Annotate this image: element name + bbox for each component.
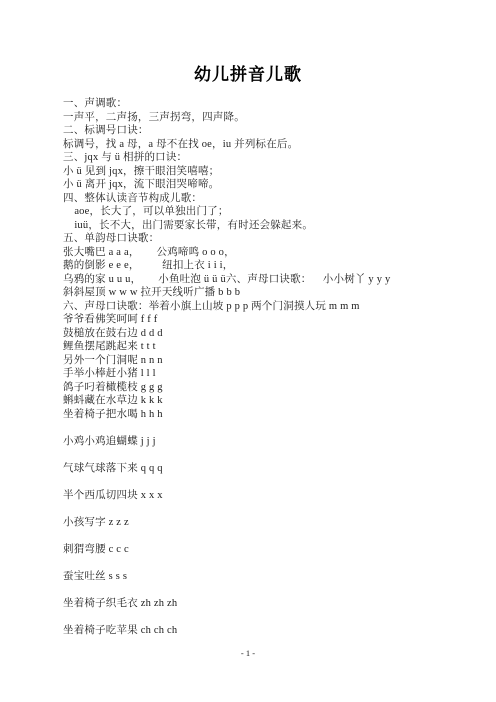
document-line: 四、整体认读音节构成儿歌： — [63, 192, 440, 206]
document-line: 三、jqx 与 ü 相拼的口诀： — [63, 151, 440, 165]
blank-line — [63, 448, 440, 462]
document-line: 小 ü 离开 jqx，流下眼泪哭啼啼。 — [63, 178, 440, 192]
document-line: 鲤鱼摆尾跳起来 t t t — [63, 340, 440, 354]
document-line: 一、声调歌： — [63, 97, 440, 111]
document-line: 气球气球落下来 q q q — [63, 462, 440, 476]
document-line: 小 ü 见到 jqx，擦干眼泪笑嘻嘻； — [63, 165, 440, 179]
document-line: 斜斜屋顶 w w w 拉开天线听广播 b b b — [63, 286, 440, 300]
document-line: 一声平，二声扬，三声拐弯，四声降。 — [63, 111, 440, 125]
document-line: 乌鸦的家 u u u， 小鱼吐泡 ü ü ü六、声母口诀歌： 小小树丫 y y … — [63, 273, 440, 287]
document-page: 幼儿拼音儿歌 一、声调歌：一声平，二声扬，三声拐弯，四声降。二、标调号口诀：标调… — [0, 0, 496, 702]
document-line: 标调号，找 a 母，a 母不在找 oe，iu 并列标在后。 — [63, 138, 440, 152]
document-line: 蝌蚪藏在水草边 k k k — [63, 394, 440, 408]
document-line: 鹅的倒影 e e e， 纽扣上衣 i i i， — [63, 259, 440, 273]
document-line: 小鸡小鸡追蝴蝶 j j j — [63, 435, 440, 449]
blank-line — [63, 502, 440, 516]
blank-line — [63, 583, 440, 597]
document-line: 小孩写字 z z z — [63, 516, 440, 530]
blank-line — [63, 556, 440, 570]
document-line: 手举小棒赶小猪 l l l — [63, 367, 440, 381]
document-body: 一、声调歌：一声平，二声扬，三声拐弯，四声降。二、标调号口诀：标调号，找 a 母… — [63, 97, 440, 637]
blank-line — [63, 475, 440, 489]
document-line: 坐着椅子织毛衣 zh zh zh — [63, 597, 440, 611]
document-line: 五、单韵母口诀歌： — [63, 232, 440, 246]
document-line: 鸽子叼着橄榄枝 g g g — [63, 381, 440, 395]
page-title: 幼儿拼音儿歌 — [0, 60, 496, 85]
document-line: 蚕宝吐丝 s s s — [63, 570, 440, 584]
blank-line — [63, 610, 440, 624]
blank-line — [63, 421, 440, 435]
document-line: 半个西瓜切四块 x x x — [63, 489, 440, 503]
document-line: iuü，长不大，出门需要家长带，有时还会躲起来。 — [63, 219, 440, 233]
document-line: 六、声母口诀歌：举着小旗上山坡 p p p 两个门洞摸人玩 m m m — [63, 300, 440, 314]
document-line: 鼓槌放在鼓右边 d d d — [63, 327, 440, 341]
blank-line — [63, 529, 440, 543]
document-line: 二、标调号口诀： — [63, 124, 440, 138]
document-line: 张大嘴巴 a a a， 公鸡啼鸣 o o o， — [63, 246, 440, 260]
document-line: 坐着椅子吃苹果 ch ch ch — [63, 624, 440, 638]
page-number: - 1 - — [0, 648, 496, 658]
document-line: 爷爷看佛笑呵呵 f f f — [63, 313, 440, 327]
document-line: 坐着椅子把水喝 h h h — [63, 408, 440, 422]
document-line: 刺猬弯腰 c c c — [63, 543, 440, 557]
document-line: 另外一个门洞呢 n n n — [63, 354, 440, 368]
document-line: aoe，长大了，可以单独出门了； — [63, 205, 440, 219]
